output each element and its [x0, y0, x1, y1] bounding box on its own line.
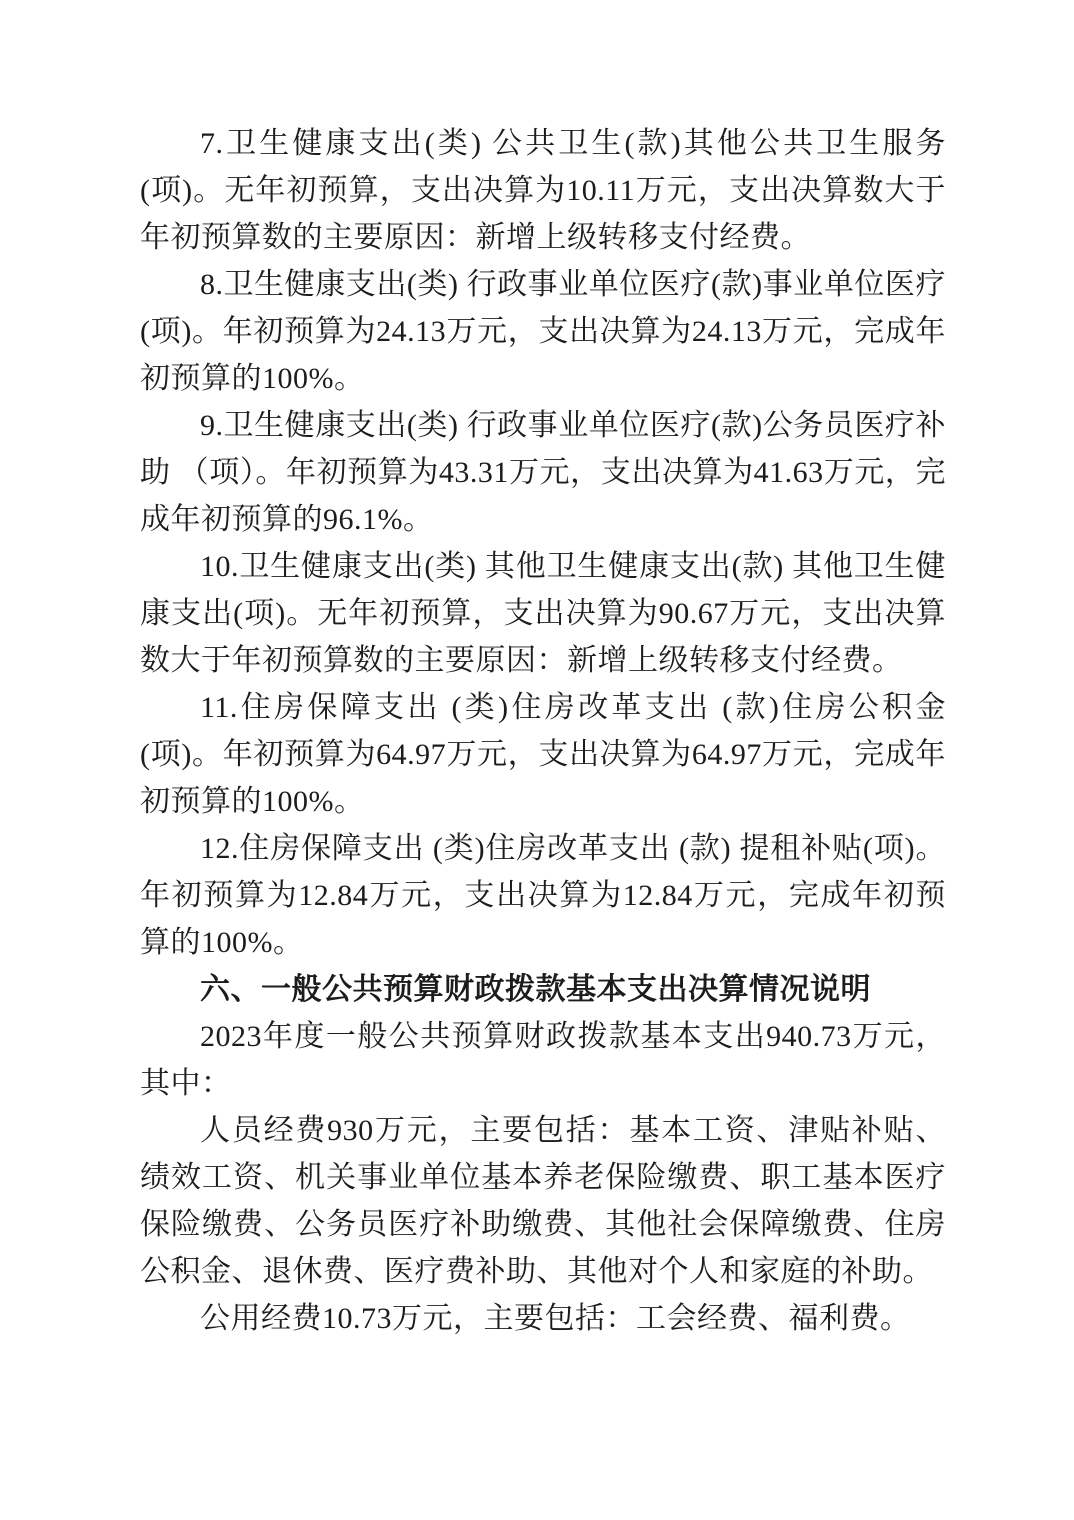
paragraph-expense-item-8: 8.卫生健康支出(类) 行政事业单位医疗(款)事业单位医疗(项)。年初预算为24… — [140, 261, 946, 402]
paragraph-expense-item-9: 9.卫生健康支出(类) 行政事业单位医疗(款)公务员医疗补助 （项）。年初预算为… — [140, 402, 946, 543]
document-page: 7.卫生健康支出(类) 公共卫生(款)其他公共卫生服务(项)。无年初预算，支出决… — [0, 0, 1074, 1520]
paragraph-basic-expenditure-total: 2023年度一般公共预算财政拨款基本支出940.73万元，其中： — [140, 1013, 946, 1107]
paragraph-expense-item-12: 12.住房保障支出 (类)住房改革支出 (款) 提租补贴(项)。年初预算为12.… — [140, 825, 946, 966]
paragraph-personnel-funds: 人员经费930万元，主要包括：基本工资、津贴补贴、绩效工资、机关事业单位基本养老… — [140, 1107, 946, 1295]
paragraph-public-funds: 公用经费10.73万元，主要包括：工会经费、福利费。 — [140, 1295, 946, 1342]
paragraph-expense-item-7: 7.卫生健康支出(类) 公共卫生(款)其他公共卫生服务(项)。无年初预算，支出决… — [140, 120, 946, 261]
paragraph-expense-item-11: 11.住房保障支出 (类)住房改革支出 (款)住房公积金 (项)。年初预算为64… — [140, 684, 946, 825]
section-heading-basic-expenditure: 六、一般公共预算财政拨款基本支出决算情况说明 — [140, 966, 946, 1013]
document-content: 7.卫生健康支出(类) 公共卫生(款)其他公共卫生服务(项)。无年初预算，支出决… — [140, 120, 946, 1342]
paragraph-expense-item-10: 10.卫生健康支出(类) 其他卫生健康支出(款) 其他卫生健康支出(项)。无年初… — [140, 543, 946, 684]
